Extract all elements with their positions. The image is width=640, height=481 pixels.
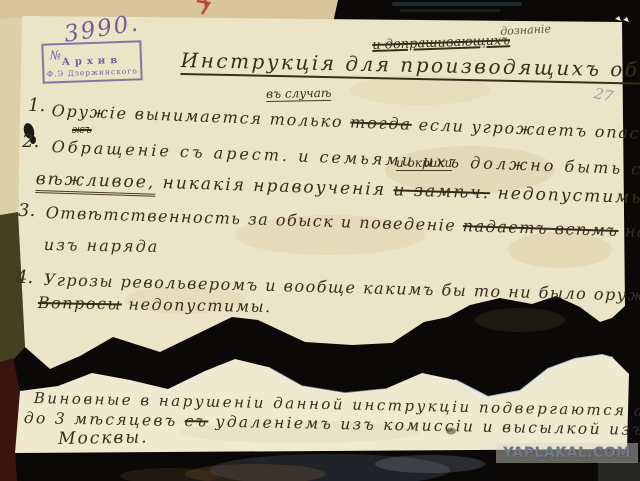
item-1-insertion-text: въ случаѣ [266, 86, 332, 102]
archive-stamp: № Архив Ф.Э Дзержинского [41, 40, 142, 83]
site-watermark: YAPLAKAL.COM [496, 443, 638, 463]
item-1-struck-word: тогда [350, 112, 412, 133]
item-1-number: 1. [28, 97, 45, 115]
footer-line2-before: до 3 мѣсяцевъ [24, 409, 185, 430]
item-2-number: 2. [22, 133, 39, 151]
item-4-line2: Вопросы недопустимы. [38, 295, 272, 315]
item-3-number: 3. [18, 202, 35, 220]
item-2-insertion-text: и окрики [396, 156, 452, 171]
footer-line-3: Москвы. [58, 429, 149, 448]
item-2-struck-words: и замѣч. [393, 180, 490, 203]
item-2-insertion: и окрики [396, 157, 452, 169]
item-2-underlined-word: вѣжливое, [35, 169, 155, 197]
item-3-line2: изъ наряда [44, 237, 160, 255]
item-4-struck-word: Вопросы [38, 293, 122, 313]
item-3-text-after: на всѣхъ [618, 221, 640, 243]
photo-of-archival-document: № Архив Ф.Э Дзержинского 3990. 27 дознан… [0, 0, 640, 481]
stamp-org-line2: Ф.Э Дзержинского [44, 66, 140, 78]
page-number-pencil: 27 [592, 84, 614, 106]
item-1-sub-struck: жъ [72, 124, 92, 135]
footer-struck-word: съ [184, 412, 208, 430]
item-4-line2-end: недопустимы. [122, 294, 272, 316]
item-1-insertion: въ случаѣ [266, 87, 332, 100]
item-4-number: 4. [16, 269, 33, 287]
